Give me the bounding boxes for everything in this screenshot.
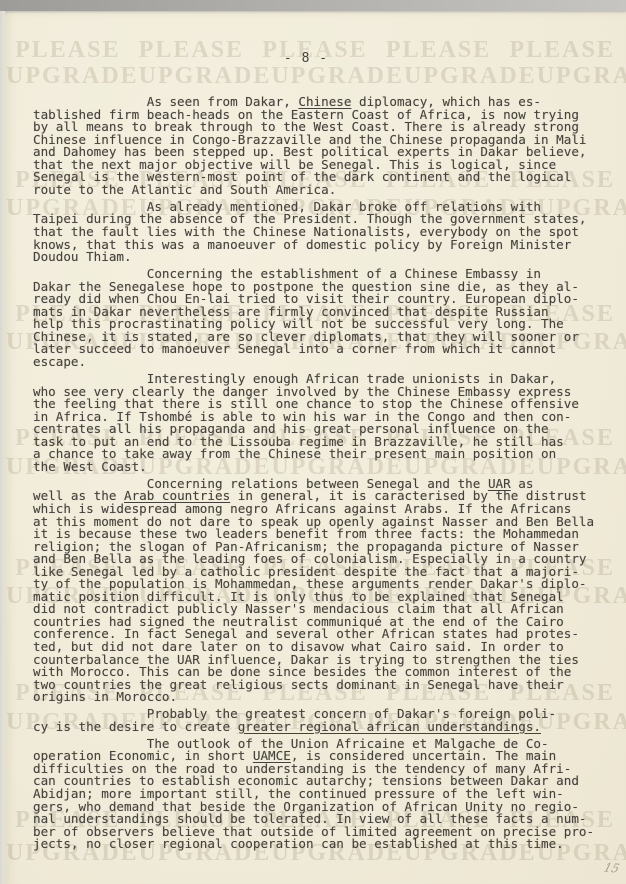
corner-pencil-mark: 15 (602, 860, 621, 875)
document-line: escape. (33, 356, 613, 369)
watermark-word: UPGRADE (404, 64, 537, 88)
scanner-edge-top (0, 0, 626, 11)
document-line: later succeed to manoeuver Senegal into … (33, 343, 613, 356)
watermark-word: UPGRADE (537, 64, 626, 88)
document-line: jects, no closer regional cooperation ca… (33, 838, 613, 851)
page-number: - 8 - (0, 51, 612, 66)
scanner-edge-left (0, 11, 5, 884)
document-line: origins in Morocco. (33, 691, 613, 704)
document-line: the West Coast. (33, 461, 613, 474)
paragraph: Probably the greatest concern of Dakar's… (33, 708, 613, 733)
paragraph: Concerning relations between Senegal and… (33, 478, 613, 704)
watermark-line: UPGRADEUPGRADEUPGRADEUPGRADEUPGRADE (6, 64, 624, 88)
document-body: As seen from Dakar, Chinese diplomacy, w… (33, 96, 613, 855)
watermark-word: UPGRADE (139, 64, 272, 88)
document-line: cy is the desire to create greater regio… (33, 721, 613, 734)
paragraph: Interestingly enough African trade union… (33, 373, 613, 473)
paragraph: As seen from Dakar, Chinese diplomacy, w… (33, 96, 613, 196)
paragraph: The outlook of the Union Africaine et Ma… (33, 738, 613, 851)
paragraph: As already mentioned, Dakar broke off re… (33, 201, 613, 264)
paragraph: Concerning the establishment of a Chines… (33, 268, 613, 368)
scanned-document-page: { "page": { "number": "- 8 -", "corner_m… (0, 0, 626, 884)
watermark-word: UPGRADE (6, 64, 139, 88)
document-line: Doudou Thiam. (33, 251, 613, 264)
document-line: route to the Atlantic and South America. (33, 184, 613, 197)
watermark-word: UPGRADE (271, 64, 404, 88)
